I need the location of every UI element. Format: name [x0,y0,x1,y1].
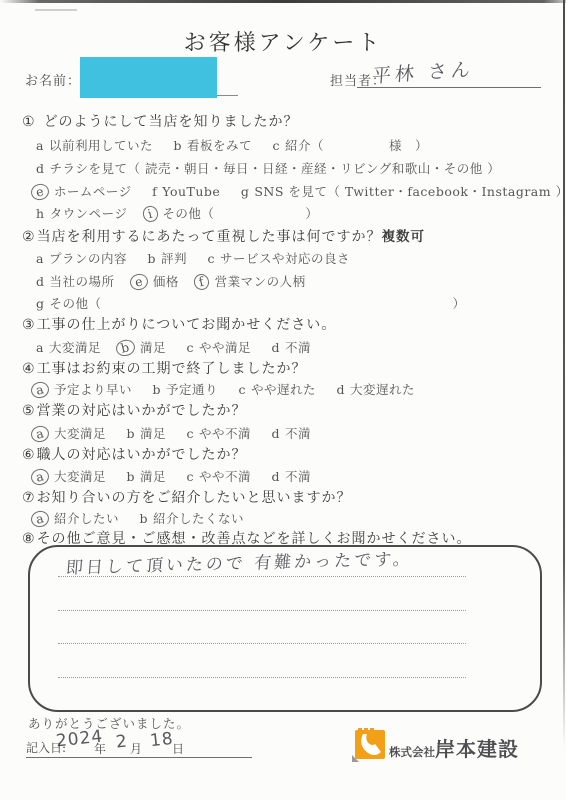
q2-options-line-3: gその他（ ） [36,294,482,312]
year-suffix: 年 [94,740,106,757]
q1-option-i[interactable]: iその他（ ） [148,206,319,221]
company-name-text: 株式会社岸本建設 [389,733,519,762]
question-number: ⑦ [22,490,36,506]
option-letter: c [238,382,246,397]
option-label: 大変満足 [49,340,101,355]
q1-options-line-4: hタウンページ iその他（ ） [36,204,334,222]
q4-options-line: a予定より早い b予定通り cやや遅れた d大変遅れた [36,380,431,398]
option-letter: g [36,296,45,311]
option-letter: a [36,340,44,355]
q7-option-a[interactable]: a紹介したい [36,511,119,526]
option-letter: d [36,274,45,289]
date-day-handwritten: 18 [149,729,175,751]
q3-option-d[interactable]: d不満 [271,340,311,355]
question-text: 職人の対応はいかがでしたか？ [37,447,247,463]
option-letter-circled: e [29,182,50,202]
question-number: ⑥ [22,447,36,463]
option-label: 予定より早い [54,382,132,397]
option-label: 紹介したい [54,511,119,526]
q4-option-a[interactable]: a予定より早い [36,382,132,397]
option-label: 価格 [153,274,179,289]
q1-options-line-1: a以前利用していた b看板をみて c紹介（ 様 ） [36,136,444,154]
question-1-heading: ①どのようにして当店を知りましたか？ [22,111,299,131]
option-letter-circled: a [29,509,50,529]
option-label: 営業マンの人柄 [215,274,306,289]
option-label: SNS を見て（ Twitter・facebook・Instagram ） [254,184,566,199]
option-label: 大変遅れた [350,382,415,397]
q1-option-d[interactable]: dチラシを見て（ 読売・朝日・毎日・日経・産経・リビング和歌山・その他 ） [36,161,500,176]
option-label: やや遅れた [251,382,316,397]
option-label: 満足 [140,469,166,484]
question-text: 工事はお約束の工期で終了しましたか？ [37,361,307,377]
option-letter: a [36,251,44,266]
option-letter: c [186,469,194,484]
option-label: サービスや対応の良さ [220,251,350,266]
option-label: 紹介（ 様 ） [285,138,428,153]
staff-handwritten-value: 平林 さん [371,54,475,88]
option-letter-circled: a [29,380,50,400]
option-label: プランの内容 [49,251,127,266]
question-text: 当店を利用するにあたって重視した事は何ですか？ [37,229,382,245]
q2-options-line-1: aプランの内容 b評判 cサービスや対応の良さ [36,249,366,267]
q2-option-f[interactable]: f営業マンの人柄 [199,274,305,289]
q1-option-c[interactable]: c紹介（ 様 ） [272,138,428,153]
q7-options-line: a紹介したい b紹介したくない [36,509,260,527]
question-3-heading: ③工事の仕上がりについてお聞かせください。 [22,314,336,334]
option-letter: c [207,251,215,266]
question-number: ③ [22,317,36,333]
option-letter: b [139,511,148,526]
question-7-heading: ⑦お知り合いの方をご紹介したいと思いますか？ [22,487,352,507]
option-letter: d [36,161,45,176]
option-label: チラシを見て（ 読売・朝日・毎日・日経・産経・リビング和歌山・その他 ） [50,161,501,176]
question-text: 営業の対応はいかがでしたか？ [37,403,247,419]
question-4-heading: ④工事はお約束の工期で終了しましたか？ [22,358,307,378]
option-letter: b [147,251,156,266]
q5-option-a[interactable]: a大変満足 [36,426,106,441]
q2-option-e[interactable]: e価格 [135,274,179,289]
q6-option-c[interactable]: cやや不満 [186,469,251,484]
option-label: ホームページ [54,184,132,199]
q1-option-e[interactable]: eホームページ [36,184,132,199]
option-letter: d [271,469,280,484]
option-letter: a [36,138,44,153]
option-letter: f [152,184,157,199]
q2-option-b[interactable]: b評判 [147,251,187,266]
q3-options-line: a大変満足 b満足 cやや満足 d不満 [36,338,327,356]
survey-document: お客様アンケート お名前： 担当者： 平林 さん ①どのようにして当店を知りまし… [0,0,566,800]
q5-option-d[interactable]: d不満 [271,426,311,441]
option-label: 大変満足 [54,426,106,441]
option-letter: b [173,138,182,153]
option-label: 紹介したくない [153,511,244,526]
q1-options-line-3: eホームページ fYouTube gSNS を見て（ Twitter・faceb… [36,182,566,200]
q3-option-b[interactable]: b満足 [121,340,166,355]
option-label: その他（ ） [50,296,466,311]
q2-option-a[interactable]: aプランの内容 [36,251,127,266]
company-prefix: 株式会社 [389,744,435,762]
question-5-heading: ⑤営業の対応はいかがでしたか？ [22,400,247,420]
question-bold-suffix: 複数可 [382,229,426,245]
question-6-heading: ⑥職人の対応はいかがでしたか？ [22,444,247,464]
day-suffix: 日 [172,740,184,757]
option-letter-circled: b [115,338,137,358]
date-field-underline[interactable] [26,757,252,758]
q2-option-d[interactable]: d当社の場所 [36,274,115,289]
scan-edge-right [563,0,565,748]
option-label: 不満 [285,340,311,355]
option-letter-circled: f [193,272,212,291]
comment-dotted-line [58,643,466,644]
question-number: ④ [22,361,36,377]
question-2-heading: ②当店を利用するにあたって重視した事は何ですか？複数可 [22,225,425,246]
option-letter: b [152,382,161,397]
option-letter: c [186,340,194,355]
question-text: 工事の仕上がりについてお聞かせください。 [37,317,337,333]
q1-options-line-2: dチラシを見て（ 読売・朝日・毎日・日経・産経・リビング和歌山・その他 ） [36,159,516,177]
option-label: 不満 [285,426,311,441]
q5-option-b[interactable]: b満足 [126,426,166,441]
option-letter-circled: a [29,467,50,487]
name-label: お名前： [25,70,81,89]
q2-option-c[interactable]: cサービスや対応の良さ [207,251,350,266]
question-number: ⑤ [22,403,36,419]
option-letter: b [126,426,135,441]
comment-dotted-line [58,610,466,611]
q1-option-f[interactable]: fYouTube [152,184,220,199]
q7-option-b[interactable]: b紹介したくない [139,511,244,526]
q4-option-d[interactable]: d大変遅れた [336,382,415,397]
q1-option-b[interactable]: b看板をみて [173,138,252,153]
option-letter: d [336,382,345,397]
name-redaction-box [80,57,217,98]
option-label: 評判 [161,251,187,266]
q6-option-d[interactable]: d不満 [271,469,311,484]
option-label: やや不満 [199,426,251,441]
option-label: 当社の場所 [50,274,115,289]
scan-edge-top [0,0,566,3]
option-letter: c [186,426,194,441]
q2-options-line-2: d当社の場所 e価格 f営業マンの人柄 [36,272,322,290]
question-text: どのようにして当店を知りましたか？ [44,114,299,130]
question-number: ⑧ [22,531,36,547]
q1-option-h[interactable]: hタウンページ [36,206,127,221]
q1-option-g[interactable]: gSNS を見て（ Twitter・facebook・Instagram ） [241,184,566,199]
option-label: やや満足 [199,340,251,355]
q3-option-a[interactable]: a大変満足 [36,340,101,355]
logo-icon [350,728,388,764]
option-label: やや不満 [199,469,251,484]
option-label: 予定通り [166,382,218,397]
staff-field-underline[interactable] [357,87,541,88]
q4-option-b[interactable]: b予定通り [152,382,218,397]
option-label: YouTube [162,184,220,199]
q3-option-c[interactable]: cやや満足 [186,340,251,355]
option-letter: c [272,138,280,153]
scan-artifact-dash [35,9,77,11]
date-month-handwritten: 2 [115,731,129,752]
option-label: 看板をみて [187,138,252,153]
option-letter-circled: e [128,272,149,292]
q5-options-line: a大変満足 b満足 cやや不満 d不満 [36,424,327,442]
q6-option-a[interactable]: a大変満足 [36,469,106,484]
option-label: 大変満足 [54,469,106,484]
option-label: タウンページ [50,206,128,221]
option-label: その他（ ） [162,206,318,221]
option-letter: b [126,469,135,484]
q1-option-a[interactable]: a以前利用していた [36,138,153,153]
question-text: お知り合いの方をご紹介したいと思いますか？ [37,490,352,506]
option-letter-circled: a [29,424,50,444]
option-label: 不満 [285,469,311,484]
option-letter: g [241,184,250,199]
page-title: お客様アンケート [0,26,566,57]
q6-options-line: a大変満足 b満足 cやや不満 d不満 [36,467,327,485]
q4-option-c[interactable]: cやや遅れた [238,382,316,397]
option-label: 満足 [140,426,166,441]
option-label: 満足 [140,340,166,355]
company-name: 岸本建設 [435,733,519,762]
month-suffix: 月 [130,740,142,757]
q6-option-b[interactable]: b満足 [126,469,166,484]
option-letter: h [36,206,45,221]
q2-option-g[interactable]: gその他（ ） [36,296,466,311]
comment-dotted-line [58,677,466,678]
question-number: ② [22,229,36,245]
option-letter-circled: i [141,204,159,223]
option-label: 以前利用していた [49,138,153,153]
question-number: ① [22,114,36,130]
option-letter: d [271,426,280,441]
q5-option-c[interactable]: cやや不満 [186,426,251,441]
option-letter: d [271,340,280,355]
